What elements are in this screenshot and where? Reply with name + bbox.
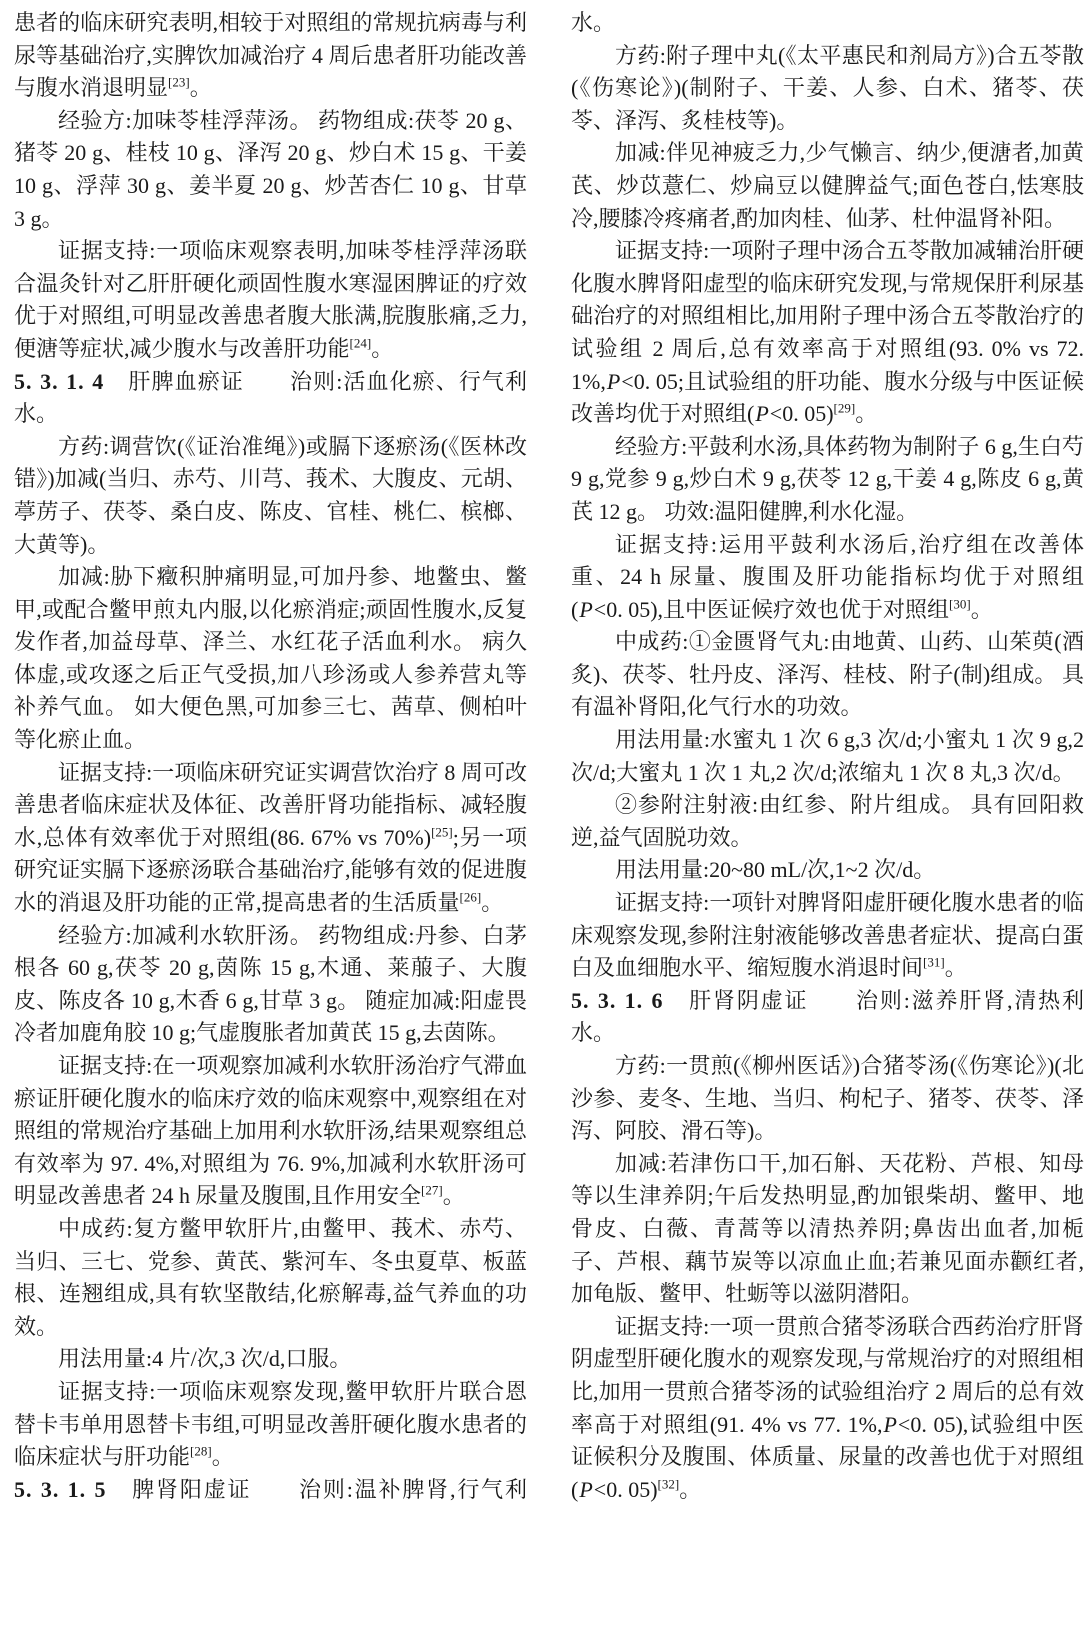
left-column: 患者的临床研究表明,相较于对照组的常规抗病毒与利尿等基础治疗,实脾饮加减治疗 4…: [14, 7, 527, 1506]
section-heading: 5. 3. 1. 4 肝脾血瘀证 治则:活血化瘀、行气利水。: [14, 366, 527, 431]
text-run: 患者的临床研究表明,相较于对照组的常规抗病毒与利尿等基础治疗,实脾饮加减治疗 4…: [14, 10, 527, 100]
paragraph: 证据支持:一项临床观察发现,鳖甲软肝片联合恩替卡韦单用恩替卡韦组,可明显改善肝硬…: [14, 1376, 527, 1474]
citation-ref: [30]: [949, 596, 971, 611]
text-run: 。: [190, 75, 212, 100]
p-value-variable: P: [606, 369, 621, 394]
citation-ref: [25]: [431, 825, 453, 840]
text-run: 用法用量:20~80 mL/次,1~2 次/d。: [615, 857, 935, 882]
text-run: 方药:附子理中丸(《太平惠民和剂局方》)合五苓散(《伤寒论》)(制附子、干姜、人…: [571, 43, 1084, 133]
section-number: 5. 3. 1. 6: [571, 988, 664, 1013]
paragraph: 经验方:加味苓桂浮萍汤。 药物组成:茯苓 20 g、猪苓 20 g、桂枝 10 …: [14, 105, 527, 235]
right-column: 水。方药:附子理中丸(《太平惠民和剂局方》)合五苓散(《伤寒论》)(制附子、干姜…: [571, 7, 1084, 1506]
text-run: 。: [371, 336, 393, 361]
section-heading: 5. 3. 1. 6 肝肾阴虚证 治则:滋养肝肾,清热利水。: [571, 985, 1084, 1050]
paragraph: 方药:调营饮(《证治准绳》)或膈下逐瘀汤(《医林改错》)加减(当归、赤芍、川芎、…: [14, 431, 527, 561]
citation-ref: [29]: [834, 401, 856, 416]
paragraph: 用法用量:水蜜丸 1 次 6 g,3 次/d;小蜜丸 1 次 9 g,2 次/d…: [571, 724, 1084, 789]
citation-ref: [28]: [190, 1444, 212, 1459]
text-run: 。: [679, 1477, 701, 1502]
text-run: 用法用量:4 片/次,3 次/d,口服。: [58, 1346, 351, 1371]
p-value-variable: P: [578, 597, 593, 622]
text-run: 用法用量:水蜜丸 1 次 6 g,3 次/d;小蜜丸 1 次 9 g,2 次/d…: [571, 727, 1084, 785]
paragraph: 证据支持:一项针对脾肾阳虚肝硬化腹水患者的临床观察发现,参附注射液能够改善患者症…: [571, 887, 1084, 985]
text-run: 中成药:①金匮肾气丸:由地黄、山药、山茱萸(酒炙)、茯苓、牡丹皮、泽泻、桂枝、附…: [571, 629, 1084, 719]
citation-ref: [27]: [421, 1183, 443, 1198]
continuation-paragraph: 患者的临床研究表明,相较于对照组的常规抗病毒与利尿等基础治疗,实脾饮加减治疗 4…: [14, 7, 527, 105]
paragraph: 加减:若津伤口干,加石斛、天花粉、芦根、知母等以生津养阴;午后发热明显,酌加银柴…: [571, 1148, 1084, 1311]
paragraph: 证据支持:一项临床研究证实调营饮治疗 8 周可改善患者临床症状及体征、改善肝肾功…: [14, 757, 527, 920]
two-column-layout: 患者的临床研究表明,相较于对照组的常规抗病毒与利尿等基础治疗,实脾饮加减治疗 4…: [0, 0, 1090, 1506]
text-run: <0. 05): [594, 1477, 658, 1502]
text-run: 加减:胁下癥积肿痛明显,可加丹参、地鳖虫、鳖甲,或配合鳖甲煎丸内服,以化瘀消症;…: [14, 564, 527, 752]
text-run: 证据支持:一项临床观察表明,加味苓桂浮萍汤联合温灸针对乙肝肝硬化顽固性腹水寒湿困…: [14, 238, 527, 361]
text-run: 。: [443, 1183, 465, 1208]
paragraph: 经验方:平鼓利水汤,具体药物为制附子 6 g,生白芍 9 g,党参 9 g,炒白…: [571, 431, 1084, 529]
citation-ref: [32]: [658, 1476, 680, 1491]
text-run: 方药:一贯煎(《柳州医话》)合猪苓汤(《伤寒论》)(北沙参、麦冬、生地、当归、枸…: [571, 1053, 1084, 1143]
citation-ref: [31]: [923, 955, 945, 970]
paragraph: 证据支持:在一项观察加减利水软肝汤治疗气滞血瘀证肝硬化腹水的临床疗效的临床观察中…: [14, 1050, 527, 1213]
text-run: 。: [855, 401, 877, 426]
text-run: 脾肾阳虚证 治则:温补脾肾,行气利: [107, 1477, 527, 1502]
citation-ref: [26]: [460, 890, 482, 905]
text-run: 方药:调营饮(《证治准绳》)或膈下逐瘀汤(《医林改错》)加减(当归、赤芍、川芎、…: [14, 434, 527, 557]
continuation-paragraph: 水。: [571, 7, 1084, 40]
p-value-variable: P: [882, 1412, 897, 1437]
paragraph: 中成药:复方鳖甲软肝片,由鳖甲、莪术、赤芍、当归、三七、党参、黄芪、紫河车、冬虫…: [14, 1213, 527, 1343]
citation-ref: [23]: [168, 75, 190, 90]
paragraph: 证据支持:一项附子理中汤合五苓散加减辅治肝硬化腹水脾肾阳虚型的临床研究发现,与常…: [571, 235, 1084, 431]
text-run: 经验方:加减利水软肝汤。 药物组成:丹参、白茅根各 60 g,茯苓 20 g,茵…: [14, 923, 527, 1046]
section-heading: 5. 3. 1. 5 脾肾阳虚证 治则:温补脾肾,行气利: [14, 1474, 527, 1507]
text-run: 。: [971, 597, 993, 622]
paragraph: 证据支持:一项临床观察表明,加味苓桂浮萍汤联合温灸针对乙肝肝硬化顽固性腹水寒湿困…: [14, 235, 527, 365]
paragraph: ②参附注射液:由红参、附片组成。 具有回阳救逆,益气固脱功效。: [571, 789, 1084, 854]
text-run: 经验方:加味苓桂浮萍汤。 药物组成:茯苓 20 g、猪苓 20 g、桂枝 10 …: [14, 108, 527, 231]
paragraph: 加减:伴见神疲乏力,少气懒言、纳少,便溏者,加黄芪、炒苡薏仁、炒扁豆以健脾益气;…: [571, 137, 1084, 235]
p-value-variable: P: [578, 1477, 593, 1502]
text-run: 。: [945, 955, 967, 980]
text-run: ②参附注射液:由红参、附片组成。 具有回阳救逆,益气固脱功效。: [571, 792, 1084, 850]
text-run: 。: [212, 1444, 234, 1469]
p-value-variable: P: [754, 401, 769, 426]
paragraph: 证据支持:一项一贯煎合猪苓汤联合西药治疗肝肾阴虚型肝硬化腹水的观察发现,与常规治…: [571, 1311, 1084, 1507]
paragraph: 方药:附子理中丸(《太平惠民和剂局方》)合五苓散(《伤寒论》)(制附子、干姜、人…: [571, 40, 1084, 138]
document-page: 患者的临床研究表明,相较于对照组的常规抗病毒与利尿等基础治疗,实脾饮加减治疗 4…: [0, 0, 1090, 1636]
paragraph: 加减:胁下癥积肿痛明显,可加丹参、地鳖虫、鳖甲,或配合鳖甲煎丸内服,以化瘀消症;…: [14, 561, 527, 757]
paragraph: 经验方:加减利水软肝汤。 药物组成:丹参、白茅根各 60 g,茯苓 20 g,茵…: [14, 920, 527, 1050]
text-run: <0. 05),且中医证候疗效也优于对照组: [594, 597, 949, 622]
citation-ref: [24]: [350, 336, 372, 351]
text-run: 证据支持:一项临床观察发现,鳖甲软肝片联合恩替卡韦单用恩替卡韦组,可明显改善肝硬…: [14, 1379, 527, 1469]
text-run: 。: [481, 890, 503, 915]
section-number: 5. 3. 1. 5: [14, 1477, 107, 1502]
text-run: 加减:伴见神疲乏力,少气懒言、纳少,便溏者,加黄芪、炒苡薏仁、炒扁豆以健脾益气;…: [571, 140, 1084, 230]
text-run: 经验方:平鼓利水汤,具体药物为制附子 6 g,生白芍 9 g,党参 9 g,炒白…: [571, 434, 1084, 524]
paragraph: 中成药:①金匮肾气丸:由地黄、山药、山茱萸(酒炙)、茯苓、牡丹皮、泽泻、桂枝、附…: [571, 626, 1084, 724]
text-run: 加减:若津伤口干,加石斛、天花粉、芦根、知母等以生津养阴;午后发热明显,酌加银柴…: [571, 1151, 1084, 1306]
paragraph: 方药:一贯煎(《柳州医话》)合猪苓汤(《伤寒论》)(北沙参、麦冬、生地、当归、枸…: [571, 1050, 1084, 1148]
paragraph: 证据支持:运用平鼓利水汤后,治疗组在改善体重、24 h 尿量、腹围及肝功能指标均…: [571, 529, 1084, 627]
text-run: 证据支持:一项针对脾肾阳虚肝硬化腹水患者的临床观察发现,参附注射液能够改善患者症…: [571, 890, 1084, 980]
paragraph: 用法用量:4 片/次,3 次/d,口服。: [14, 1343, 527, 1376]
section-number: 5. 3. 1. 4: [14, 369, 104, 394]
text-run: <0. 05): [770, 401, 834, 426]
text-run: 中成药:复方鳖甲软肝片,由鳖甲、莪术、赤芍、当归、三七、党参、黄芪、紫河车、冬虫…: [14, 1216, 527, 1339]
paragraph: 用法用量:20~80 mL/次,1~2 次/d。: [571, 854, 1084, 887]
text-run: 水。: [571, 10, 615, 35]
